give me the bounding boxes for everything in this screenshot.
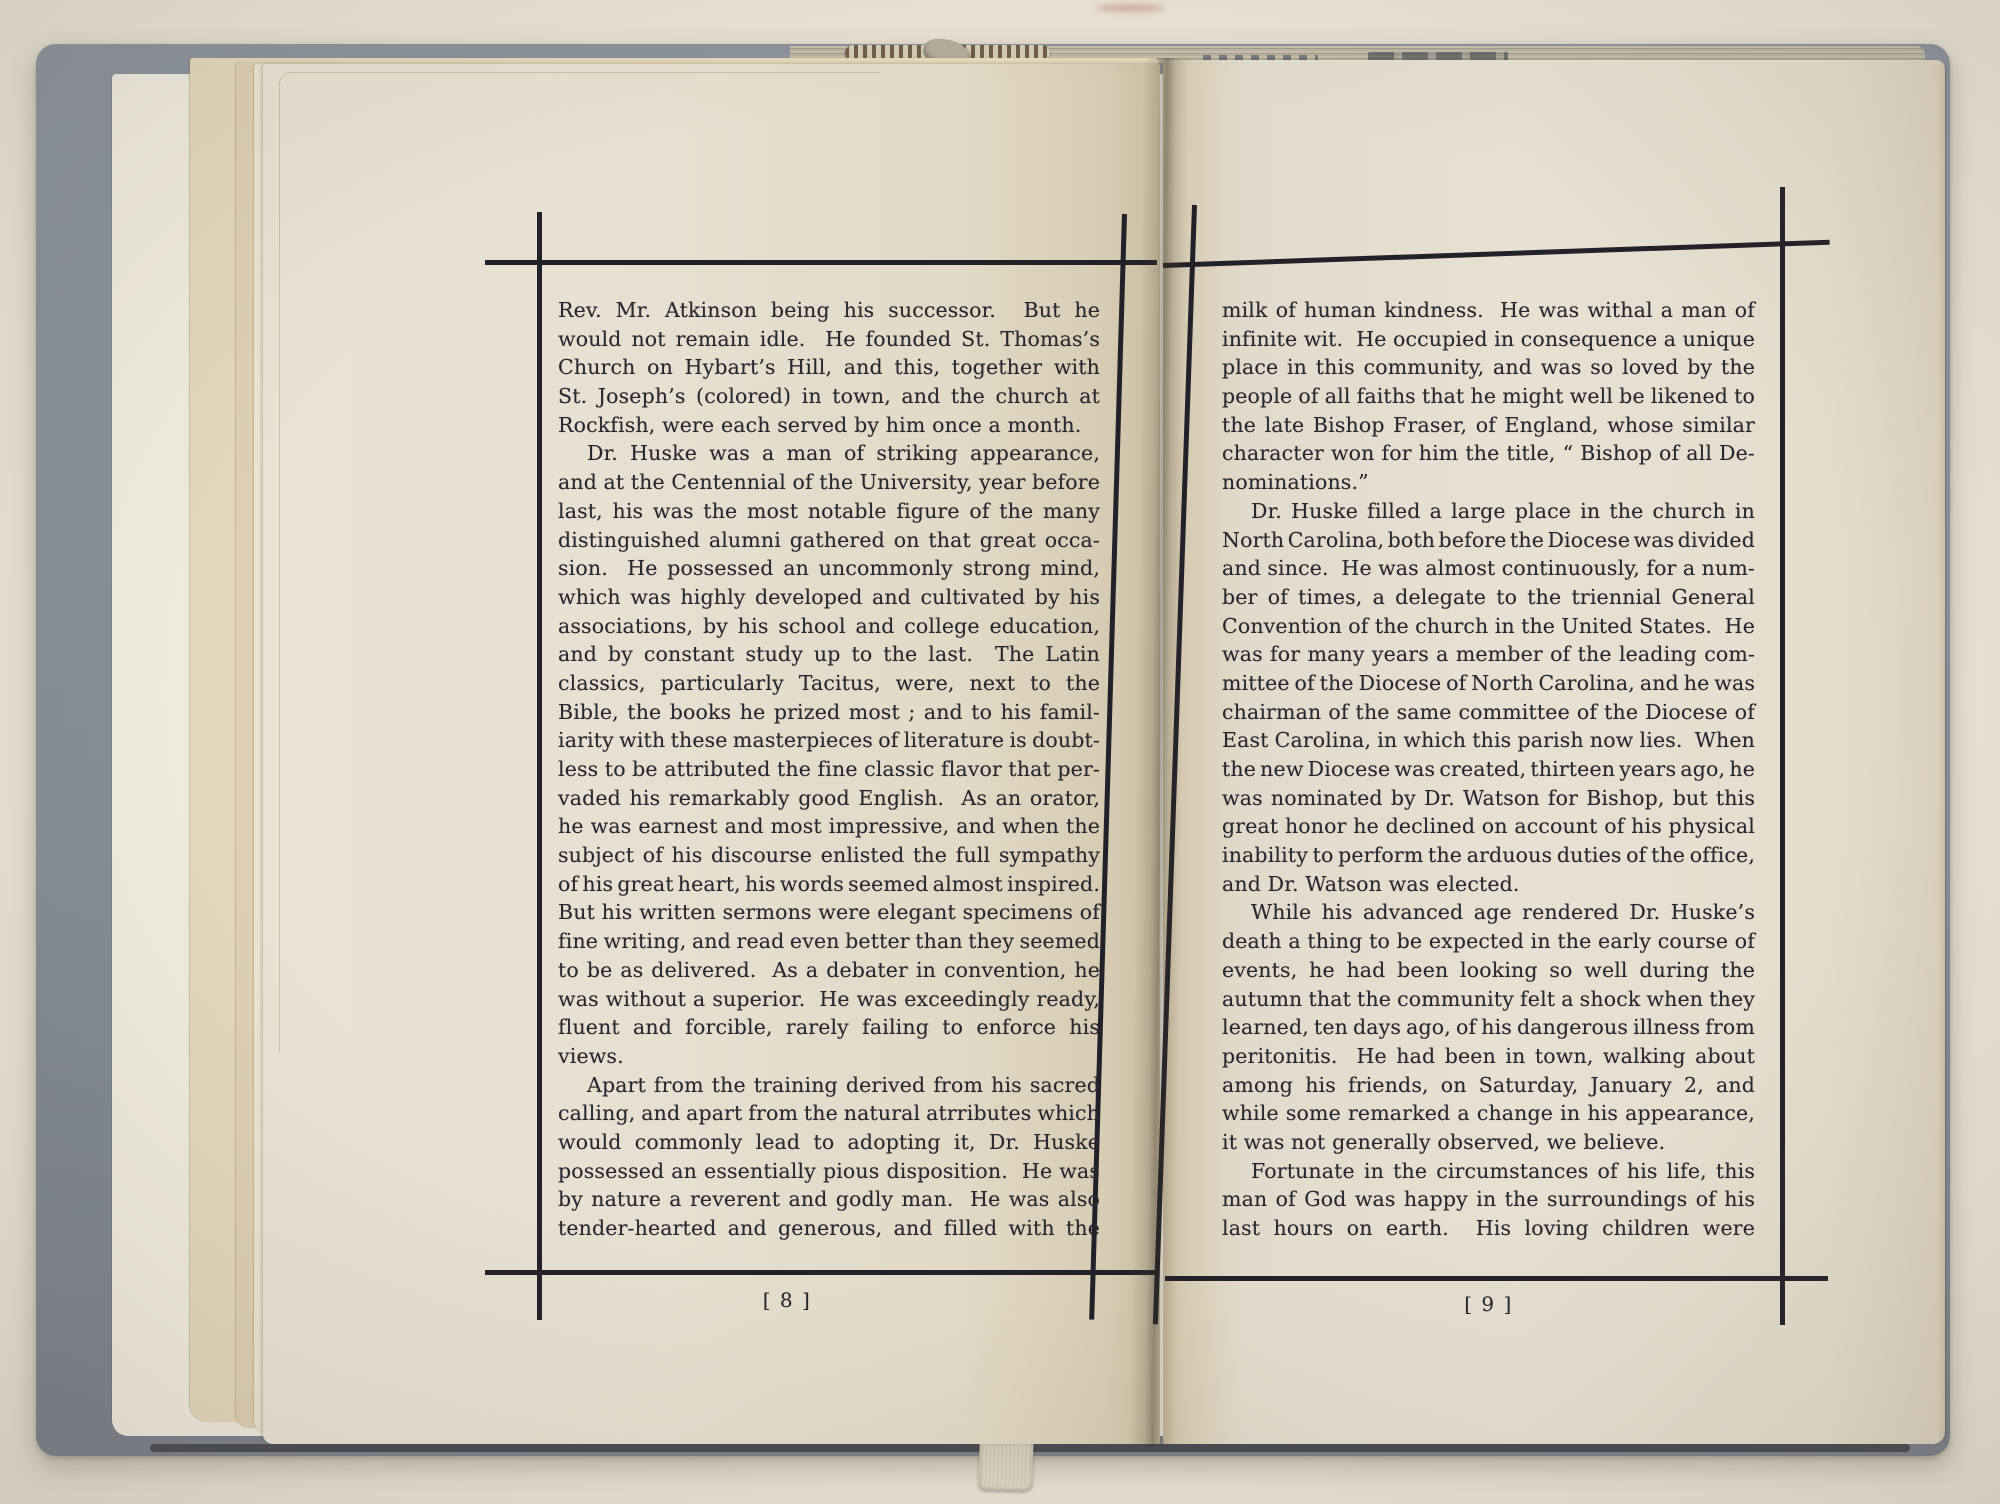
- left-page-number: [ 8 ]: [516, 1288, 1058, 1312]
- text-line: infinite wit. He occupied in consequence…: [1222, 325, 1755, 354]
- text-line: chairman of the same committee of the Di…: [1222, 698, 1755, 727]
- frame-rule-top: [1163, 240, 1830, 268]
- text-line: Dr. Huske was a man of striking appearan…: [558, 439, 1100, 468]
- text-line: iarity with these masterpieces of litera…: [558, 726, 1100, 755]
- frame-rule-top: [485, 260, 1157, 265]
- text-line: was nominated by Dr. Watson for Bishop, …: [1222, 784, 1755, 813]
- text-line: St. Joseph’s (colored) in town, and the …: [558, 382, 1100, 411]
- scan-smudge: [1095, 4, 1165, 12]
- text-line: would commonly lead to adopting it, Dr. …: [558, 1128, 1100, 1157]
- text-line: was for many years a member of the leadi…: [1222, 640, 1755, 669]
- text-line: East Carolina, in which this parish now …: [1222, 726, 1755, 755]
- bookmark-ribbon: [978, 1437, 1033, 1490]
- frame-rule-bottom: [485, 1270, 1157, 1275]
- text-line: by nature a reverent and godly man. He w…: [558, 1185, 1100, 1214]
- text-line: which was highly developed and cultivate…: [558, 583, 1100, 612]
- text-line: Church on Hybart’s Hill, and this, toget…: [558, 353, 1100, 382]
- text-line: classics, particularly Tacitus, were, ne…: [558, 669, 1100, 698]
- text-line: But his written sermons were elegant spe…: [558, 898, 1100, 927]
- text-line: man of God was happy in the surroundings…: [1222, 1185, 1755, 1214]
- text-line: events, he had been looking so well duri…: [1222, 956, 1755, 985]
- text-line: mittee of the Diocese of North Carolina,…: [1222, 669, 1755, 698]
- right-page: milk of human kindness. He was withal a …: [1163, 60, 1945, 1444]
- frame-rule-right: [1780, 187, 1785, 1325]
- text-line: North Carolina, both before the Diocese …: [1222, 526, 1755, 555]
- text-line: it was not generally observed, we believ…: [1222, 1128, 1755, 1157]
- text-line: associations, by his school and college …: [558, 612, 1100, 641]
- text-line: fine writing, and read even better than …: [558, 927, 1100, 956]
- text-line: Rev. Mr. Atkinson being his successor. B…: [558, 296, 1100, 325]
- text-line: Apart from the training derived from his…: [558, 1071, 1100, 1100]
- text-line: and by constant study up to the last. Th…: [558, 640, 1100, 669]
- text-line: possessed an essentially pious dispositi…: [558, 1157, 1100, 1186]
- text-line: inability to perform the arduous duties …: [1222, 841, 1755, 870]
- text-line: among his friends, on Saturday, January …: [1222, 1071, 1755, 1100]
- text-line: autumn that the community felt a shock w…: [1222, 985, 1755, 1014]
- text-line: the new Diocese was created, thirteen ye…: [1222, 755, 1755, 784]
- text-line: calling, and apart from the natural atrr…: [558, 1099, 1100, 1128]
- text-line: while some remarked a change in his appe…: [1222, 1099, 1755, 1128]
- text-line: Rockfish, were each served by him once a…: [558, 411, 1100, 440]
- right-page-number: [ 9 ]: [1222, 1292, 1755, 1316]
- left-page-text: Rev. Mr. Atkinson being his successor. B…: [558, 296, 1100, 1243]
- text-line: and Dr. Watson was elected.: [1222, 870, 1755, 899]
- text-line: vaded his remarkably good English. As an…: [558, 784, 1100, 813]
- frame-rule-left: [537, 212, 542, 1320]
- text-line: Fortunate in the circumstances of his li…: [1222, 1157, 1755, 1186]
- text-line: subject of his discourse enlisted the fu…: [558, 841, 1100, 870]
- text-line: last hours on earth. His loving children…: [1222, 1214, 1755, 1243]
- text-line: views.: [558, 1042, 1100, 1071]
- text-line: great honor he declined on account of hi…: [1222, 812, 1755, 841]
- text-line: the late Bishop Fraser, of England, whos…: [1222, 411, 1755, 440]
- text-line: Dr. Huske filled a large place in the ch…: [1222, 497, 1755, 526]
- text-line: and at the Centennial of the University,…: [558, 468, 1100, 497]
- text-line: ber of times, a delegate to the triennia…: [1222, 583, 1755, 612]
- left-page: Rev. Mr. Atkinson being his successor. B…: [263, 64, 1160, 1444]
- text-line: learned, ten days ago, of his dangerous …: [1222, 1013, 1755, 1042]
- text-line: Convention of the church in the United S…: [1222, 612, 1755, 641]
- text-line: less to be attributed the fine classic f…: [558, 755, 1100, 784]
- text-line: last, his was the most notable figure of…: [558, 497, 1100, 526]
- text-line: he was earnest and most impressive, and …: [558, 812, 1100, 841]
- text-line: was without a superior. He was exceeding…: [558, 985, 1100, 1014]
- text-line: nominations.”: [1222, 468, 1755, 497]
- text-line: of his great heart, his words seemed alm…: [558, 870, 1100, 899]
- text-line: place in this community, and was so love…: [1222, 353, 1755, 382]
- text-line: fluent and forcible, rarely failing to e…: [558, 1013, 1100, 1042]
- text-line: Bible, the books he prized most ; and to…: [558, 698, 1100, 727]
- text-line: distinguished alumni gathered on that gr…: [558, 526, 1100, 555]
- text-line: character won for him the title, “ Bisho…: [1222, 439, 1755, 468]
- frame-rule-bottom: [1165, 1276, 1828, 1281]
- text-line: sion. He possessed an uncommonly strong …: [558, 554, 1100, 583]
- text-line: people of all faiths that he might well …: [1222, 382, 1755, 411]
- text-line: While his advanced age rendered Dr. Husk…: [1222, 898, 1755, 927]
- text-line: tender-hearted and generous, and filled …: [558, 1214, 1100, 1243]
- text-line: milk of human kindness. He was withal a …: [1222, 296, 1755, 325]
- text-line: and since. He was almost continuously, f…: [1222, 554, 1755, 583]
- text-line: would not remain idle. He founded St. Th…: [558, 325, 1100, 354]
- text-line: peritonitis. He had been in town, walkin…: [1222, 1042, 1755, 1071]
- right-page-text: milk of human kindness. He was withal a …: [1222, 296, 1755, 1243]
- text-line: death a thing to be expected in the earl…: [1222, 927, 1755, 956]
- text-line: to be as delivered. As a debater in conv…: [558, 956, 1100, 985]
